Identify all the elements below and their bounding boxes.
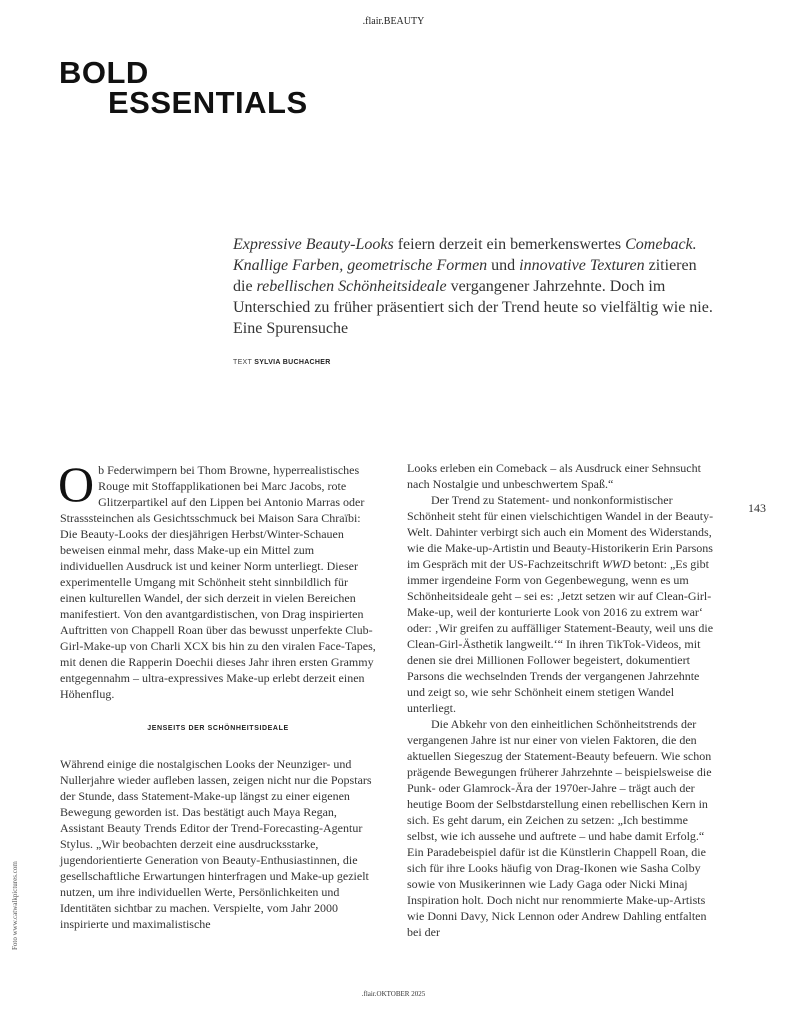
byline-author: SYLVIA BUCHACHER xyxy=(254,359,330,366)
paragraph-text: b Federwimpern bei Thom Browne, hyperrea… xyxy=(60,463,376,701)
drop-cap: O xyxy=(58,464,94,504)
body-paragraph: Die Abkehr von den einheitlichen Schönhe… xyxy=(407,716,715,940)
publication-name: WWD xyxy=(602,557,631,571)
section-label: .flair.BEAUTY xyxy=(0,16,787,27)
body-paragraph: Während einige die nostalgischen Looks d… xyxy=(60,756,376,932)
intro-paragraph: Expressive Beauty-Looks feiern derzeit e… xyxy=(233,234,713,339)
body-paragraph: Der Trend zu Statement- und nonkonformis… xyxy=(407,492,715,716)
intro-seg-4: innovative Texturen xyxy=(519,257,644,274)
footer-issue: .flair.OKTOBER 2025 xyxy=(0,990,787,998)
byline-prefix: TEXT xyxy=(233,359,254,366)
body-paragraph: Ob Federwimpern bei Thom Browne, hyperre… xyxy=(60,462,376,702)
page-number: 143 xyxy=(748,501,766,516)
body-column-left: Ob Federwimpern bei Thom Browne, hyperre… xyxy=(60,462,376,932)
intro-seg-1: feiern derzeit ein bemerkenswertes xyxy=(394,236,625,253)
title-line-1: BOLD xyxy=(59,58,308,88)
paragraph-text: betont: „Es gibt immer irgendeine Form v… xyxy=(407,557,713,715)
byline: TEXT SYLVIA BUCHACHER xyxy=(233,359,331,366)
intro-seg-3: und xyxy=(487,257,519,274)
body-column-right: Looks erleben ein Comeback – als Ausdruc… xyxy=(407,460,715,940)
intro-seg-0: Expressive Beauty-Looks xyxy=(233,236,394,253)
photo-credit: Foto www.catwalkpictures.com xyxy=(11,861,19,950)
intro-seg-6: rebellischen Schönheitsideale xyxy=(257,278,447,295)
article-title: BOLD ESSENTIALS xyxy=(59,58,308,118)
subheading: JENSEITS DER SCHÖNHEITSIDEALE xyxy=(60,721,376,737)
title-line-2: ESSENTIALS xyxy=(59,88,308,118)
body-paragraph: Looks erleben ein Comeback – als Ausdruc… xyxy=(407,460,715,492)
